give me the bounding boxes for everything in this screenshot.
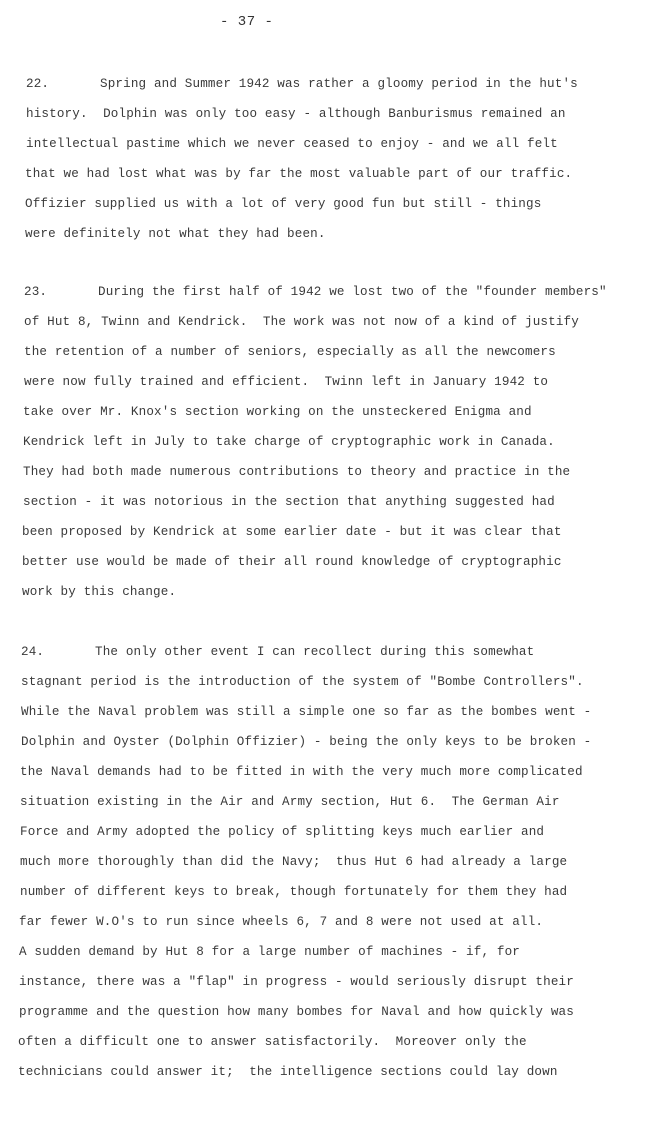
paragraph-number: 22. (26, 76, 100, 92)
line-text: the retention of a number of seniors, es… (24, 345, 556, 359)
text-line: 22.Spring and Summer 1942 was rather a g… (26, 76, 578, 92)
line-text: technicians could answer it; the intelli… (18, 1065, 558, 1079)
line-text: often a difficult one to answer satisfac… (18, 1035, 527, 1049)
line-text: A sudden demand by Hut 8 for a large num… (19, 945, 520, 959)
line-text: take over Mr. Knox's section working on … (23, 405, 532, 419)
text-line: Force and Army adopted the policy of spl… (20, 824, 544, 840)
line-text: situation existing in the Air and Army s… (20, 795, 560, 809)
text-line: work by this change. (22, 584, 176, 600)
line-text: stagnant period is the introduction of t… (21, 675, 584, 689)
text-line: technicians could answer it; the intelli… (18, 1064, 558, 1080)
text-line: better use would be made of their all ro… (22, 554, 562, 570)
text-line: situation existing in the Air and Army s… (20, 794, 560, 810)
text-line: the Naval demands had to be fitted in wi… (20, 764, 583, 780)
text-line: intellectual pastime which we never ceas… (26, 136, 558, 152)
line-text: the Naval demands had to be fitted in wi… (20, 765, 583, 779)
paragraph-number: 24. (21, 644, 95, 660)
line-text: Force and Army adopted the policy of spl… (20, 825, 544, 839)
line-text: history. Dolphin was only too easy - alt… (26, 107, 566, 121)
text-line: the retention of a number of seniors, es… (24, 344, 556, 360)
line-text: intellectual pastime which we never ceas… (26, 137, 558, 151)
text-line: were definitely not what they had been. (25, 226, 326, 242)
text-line: far fewer W.O's to run since wheels 6, 7… (19, 914, 543, 930)
line-text: instance, there was a "flap" in progress… (19, 975, 574, 989)
text-line: 23.During the first half of 1942 we lost… (24, 284, 607, 300)
text-line: While the Naval problem was still a simp… (21, 704, 591, 720)
text-line: Dolphin and Oyster (Dolphin Offizier) - … (21, 734, 591, 750)
line-text: better use would be made of their all ro… (22, 555, 562, 569)
line-text: Spring and Summer 1942 was rather a gloo… (100, 77, 578, 91)
line-text: been proposed by Kendrick at some earlie… (22, 525, 562, 539)
line-text: section - it was notorious in the sectio… (23, 495, 555, 509)
line-text: During the first half of 1942 we lost tw… (98, 285, 607, 299)
page-number: - 37 - (220, 14, 273, 30)
line-text: were definitely not what they had been. (25, 227, 326, 241)
line-text: number of different keys to break, thoug… (20, 885, 567, 899)
text-line: instance, there was a "flap" in progress… (19, 974, 574, 990)
text-line: that we had lost what was by far the mos… (25, 166, 572, 182)
text-line: often a difficult one to answer satisfac… (18, 1034, 527, 1050)
text-line: They had both made numerous contribution… (23, 464, 570, 480)
text-line: been proposed by Kendrick at some earlie… (22, 524, 562, 540)
text-line: were now fully trained and efficient. Tw… (24, 374, 548, 390)
text-line: take over Mr. Knox's section working on … (23, 404, 532, 420)
text-line: Offizier supplied us with a lot of very … (25, 196, 541, 212)
text-line: programme and the question how many bomb… (19, 1004, 574, 1020)
text-line: stagnant period is the introduction of t… (21, 674, 584, 690)
line-text: were now fully trained and efficient. Tw… (24, 375, 548, 389)
line-text: Dolphin and Oyster (Dolphin Offizier) - … (21, 735, 591, 749)
line-text: far fewer W.O's to run since wheels 6, 7… (19, 915, 543, 929)
line-text: While the Naval problem was still a simp… (21, 705, 591, 719)
text-line: number of different keys to break, thoug… (20, 884, 567, 900)
text-line: A sudden demand by Hut 8 for a large num… (19, 944, 520, 960)
text-line: 24.The only other event I can recollect … (21, 644, 534, 660)
line-text: much more thoroughly than did the Navy; … (20, 855, 567, 869)
paragraph-number: 23. (24, 284, 98, 300)
line-text: The only other event I can recollect dur… (95, 645, 534, 659)
line-text: that we had lost what was by far the mos… (25, 167, 572, 181)
text-line: history. Dolphin was only too easy - alt… (26, 106, 566, 122)
line-text: programme and the question how many bomb… (19, 1005, 574, 1019)
line-text: of Hut 8, Twinn and Kendrick. The work w… (24, 315, 579, 329)
line-text: Offizier supplied us with a lot of very … (25, 197, 541, 211)
text-line: Kendrick left in July to take charge of … (23, 434, 555, 450)
line-text: Kendrick left in July to take charge of … (23, 435, 555, 449)
text-line: section - it was notorious in the sectio… (23, 494, 555, 510)
line-text: work by this change. (22, 585, 176, 599)
text-line: of Hut 8, Twinn and Kendrick. The work w… (24, 314, 579, 330)
line-text: They had both made numerous contribution… (23, 465, 570, 479)
text-line: much more thoroughly than did the Navy; … (20, 854, 567, 870)
